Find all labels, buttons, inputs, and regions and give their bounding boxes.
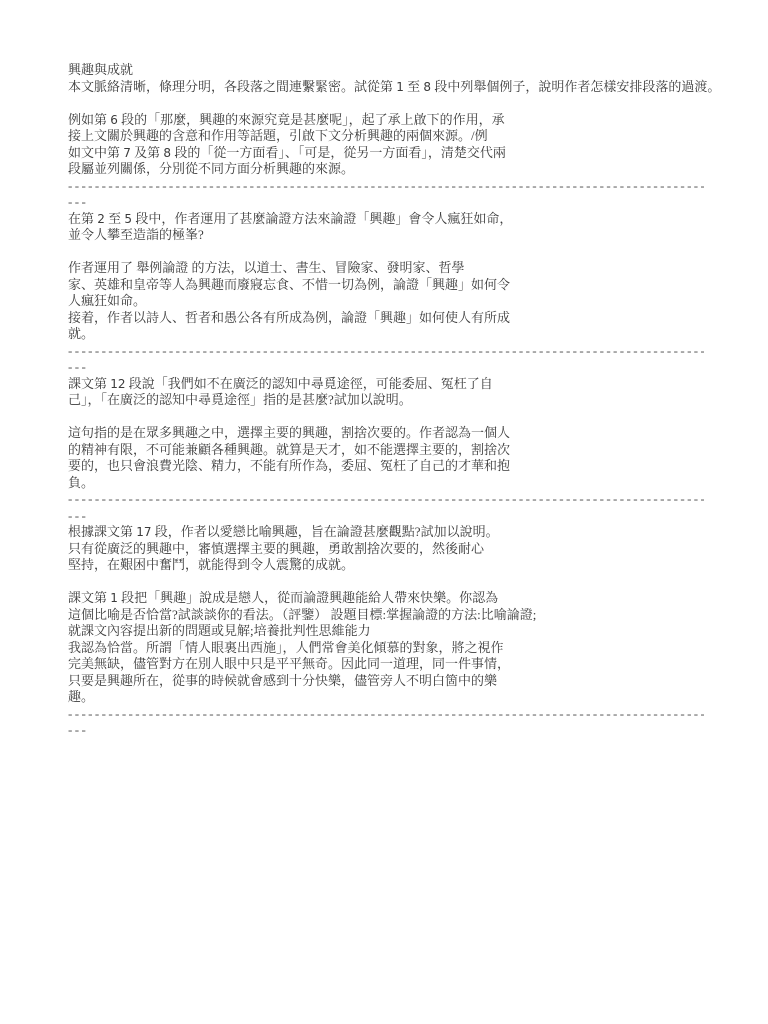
text-line: 這個比喻是否恰當?試談談你的看法。（評鑒） 設題目標:掌握論證的方法:比喻論證;	[68, 607, 704, 624]
text-line: 人瘋狂如命。	[68, 293, 704, 310]
numeral: 8	[163, 146, 171, 160]
text-line: 接上文關於興趣的含意和作用等話題，引啟下文分析興趣的兩個來源。/例	[68, 128, 704, 145]
text-line: 己」，「在廣泛的認知中尋覓途徑」指的是甚麼?試加以說明。	[68, 392, 704, 409]
separator-line: ----------------------------------------…	[68, 178, 704, 195]
numeral: 1	[110, 591, 118, 605]
blank-line	[68, 574, 704, 591]
numeral: 8	[423, 80, 431, 94]
text-line: 趣。	[68, 689, 704, 706]
document-content: 興趣與成就 本文脈絡清晰，條理分明，各段落之間連繫緊密。試從第 1 至 8 段中…	[68, 62, 704, 739]
separator-line: ----------------------------------------…	[68, 706, 704, 723]
text-line: 例如第 6 段的「那麼，興趣的來源究竟是甚麼呢」，起了承上啟下的作用，承	[68, 112, 704, 129]
text-line: 課文第 1 段把「興趣」說成是戀人，從而論證興趣能給人帶來快樂。你認為	[68, 590, 704, 607]
text-line: 在第 2 至 5 段中，作者運用了甚麼論證方法來論證「興趣」會令人瘋狂如命，	[68, 211, 704, 228]
text-line: 就課文內容提出新的問題或見解;培養批判性思維能力	[68, 623, 704, 640]
text-line: 作者運用了 舉例論證 的方法，以道士、書生、冒險家、發明家、哲學	[68, 260, 704, 277]
separator-tail: ---	[68, 194, 704, 211]
document-title: 興趣與成就	[68, 62, 704, 79]
numeral: 17	[136, 525, 151, 539]
separator-tail: ---	[68, 359, 704, 376]
numeral: 7	[123, 146, 131, 160]
text-line: 我認為恰當。所謂「情人眼裏出西施」，人們常會美化傾慕的對象，將之視作	[68, 640, 704, 657]
blank-line	[68, 244, 704, 261]
text-line: 完美無缺，儘管對方在別人眼中只是平平無奇。因此同一道理，同一件事情，	[68, 656, 704, 673]
text-line: 課文第 12 段說「我們如不在廣泛的認知中尋覓途徑，可能委屈、冤枉了自	[68, 376, 704, 393]
blank-line	[68, 409, 704, 426]
text-line: 負。	[68, 475, 704, 492]
numeral: 6	[110, 113, 118, 127]
document-lines: 本文脈絡清晰，條理分明，各段落之間連繫緊密。試從第 1 至 8 段中列舉個例子，…	[68, 79, 704, 739]
separator-tail: ---	[68, 508, 704, 525]
text-line: 的精神有限，不可能兼顧各種興趣。就算是天才，如不能選擇主要的，割捨次	[68, 442, 704, 459]
text-line: 接着，作者以詩人、哲者和愚公各有所成為例，論證「興趣」如何使人有所成	[68, 310, 704, 327]
text-line: 家、英雄和皇帝等人為興趣而廢寢忘食、不惜一切為例，論證「興趣」如何令	[68, 277, 704, 294]
text-line: 就。	[68, 326, 704, 343]
text-line: 如文中第 7 及第 8 段的「從一方面看」、「可是，從另一方面看」，清楚交代兩	[68, 145, 704, 162]
numeral: 1	[396, 80, 404, 94]
separator-tail: ---	[68, 722, 704, 739]
text-line: 只要是興趣所在，從事的時候就會感到十分快樂，儘管旁人不明白箇中的樂	[68, 673, 704, 690]
text-line: 堅持，在艱困中奮鬥，就能得到令人震驚的成就。	[68, 557, 704, 574]
text-line: 根據課文第 17 段，作者以愛戀比喻興趣，旨在論證甚麼觀點?試加以說明。	[68, 524, 704, 541]
text-line: 並令人攀至造詣的極峯?	[68, 227, 704, 244]
numeral: 12	[110, 377, 125, 391]
text-line: 這句指的是在眾多興趣之中，選擇主要的興趣，割捨次要的。作者認為一個人	[68, 425, 704, 442]
numeral: 5	[124, 212, 132, 226]
text-line: 只有從廣泛的興趣中，審慎選擇主要的興趣，勇敢割捨次要的，然後耐心	[68, 541, 704, 558]
blank-line	[68, 95, 704, 112]
document-page: 興趣與成就 本文脈絡清晰，條理分明，各段落之間連繫緊密。試從第 1 至 8 段中…	[0, 0, 768, 1024]
text-line: 段屬並列關係，分別從不同方面分析興趣的來源。	[68, 161, 704, 178]
numeral: 2	[97, 212, 105, 226]
text-line: 本文脈絡清晰，條理分明，各段落之間連繫緊密。試從第 1 至 8 段中列舉個例子，…	[68, 79, 704, 96]
separator-line: ----------------------------------------…	[68, 491, 704, 508]
separator-line: ----------------------------------------…	[68, 343, 704, 360]
text-line: 要的，也只會浪費光陰、精力，不能有所作為，委屈、冤枉了自己的才華和抱	[68, 458, 704, 475]
